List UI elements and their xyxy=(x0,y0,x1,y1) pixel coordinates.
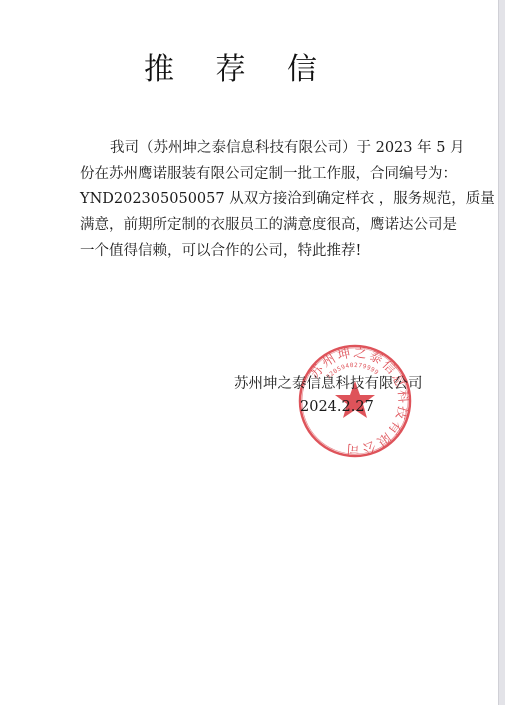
body-line: 份在苏州鹰诺服装有限公司定制一批工作服，合同编号为： xyxy=(80,162,425,188)
signature-company: 苏州坤之泰信息科技有限公司 xyxy=(234,372,423,393)
document-page: 推 荐 信 我司（苏州坤之泰信息科技有限公司）于 2023 年 5 月 份在苏州… xyxy=(0,0,499,705)
page-title: 推 荐 信 xyxy=(0,44,477,88)
body-line: YND202305050057 从双方接洽到确定样衣 ，服务规范，质量 xyxy=(80,187,425,213)
body-line: 满意，前期所定制的衣服员工的满意度很高，鹰诺达公司是 xyxy=(80,213,425,239)
signature-date: 2024.2.27 xyxy=(300,399,374,415)
letter-body: 我司（苏州坤之泰信息科技有限公司）于 2023 年 5 月 份在苏州鹰诺服装有限… xyxy=(80,136,425,264)
body-line: 我司（苏州坤之泰信息科技有限公司）于 2023 年 5 月 xyxy=(80,136,425,162)
body-line: 一个值得信赖，可以合作的公司，特此推荐! xyxy=(80,239,425,265)
vertical-scrollbar[interactable] xyxy=(498,0,505,705)
